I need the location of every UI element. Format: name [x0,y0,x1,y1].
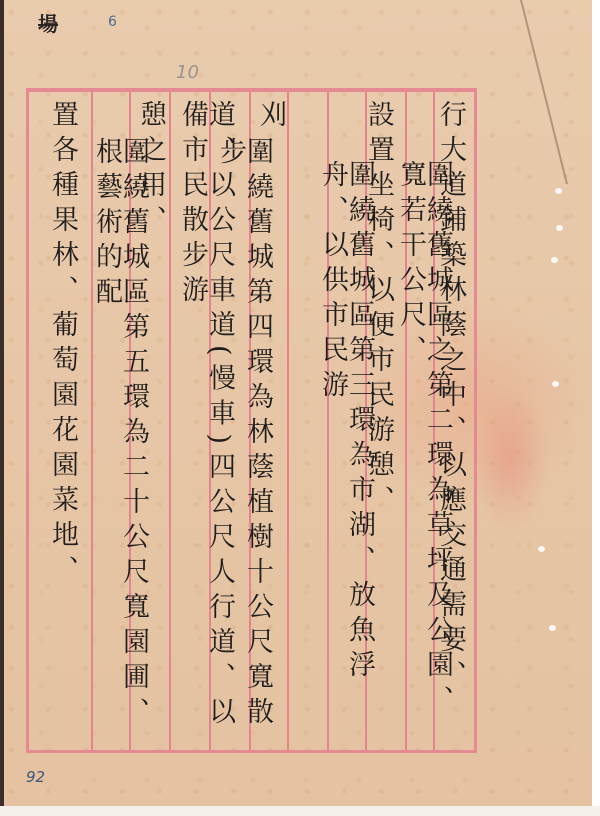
paper-hole [538,546,545,552]
paper-hole [555,188,562,194]
pencil-annotation: 10 [176,62,199,83]
crossed-out-mark: 場 [38,8,58,37]
paper-hole [552,381,559,387]
paper-hole [551,257,558,263]
text-column-2: 圍繞舊城區之第二環為草坪及公園、寬若干公尺、 [397,160,451,750]
scan-bottom-edge [0,806,600,816]
paper-hole [556,225,563,231]
text-column-9: 圍繞舊城區第五環為二十公尺寬園圃、根藝術的配 [93,137,147,750]
paper-hole [549,625,556,631]
ruling-line [169,92,171,750]
text-column-5: 刈 [257,100,284,135]
faded-red-stamp [470,385,550,535]
text-column-10: 置各種果林、葡萄園花園菜地、 [49,100,76,590]
archive-number: 92 [26,768,45,786]
ruled-manuscript-grid: 行大道鋪築林蔭之中、以應交通需要、 圍繞舊城區之第二環為草坪及公園、寬若干公尺、… [26,88,477,753]
page-number: 6 [108,14,117,30]
text-column-4: 圍繞舊城區第三環為市湖、放魚浮舟、以供市民游 [319,160,373,750]
text-column-7: 道、以公尺車道(慢車)四公尺人行道、以備市民散步游 [179,100,233,750]
ruling-line [287,92,289,750]
